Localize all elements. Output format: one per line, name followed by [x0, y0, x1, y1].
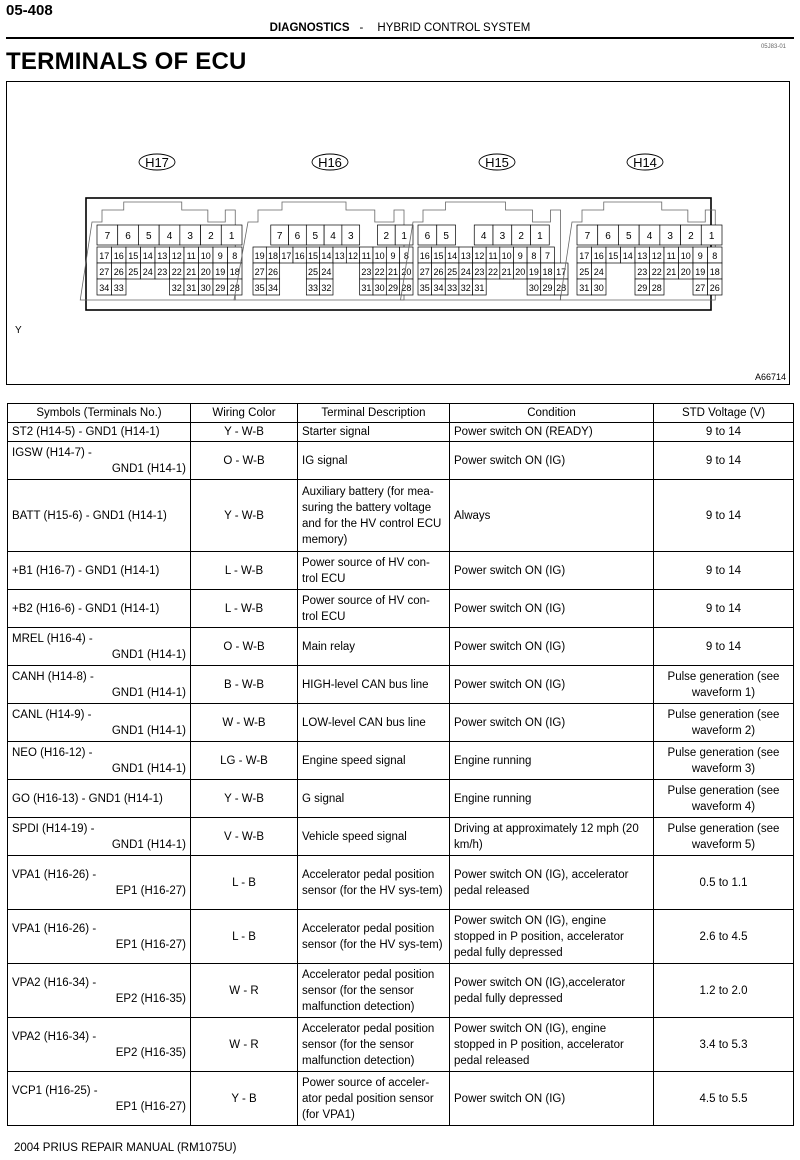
table-row: SPDI (H14-19) -GND1 (H14-1)V - W-BVehicl… — [8, 818, 794, 856]
header-wiring-color: Wiring Color — [191, 404, 298, 423]
cell-symbols: IGSW (H14-7) -GND1 (H14-1) — [8, 442, 191, 480]
svg-text:27: 27 — [420, 267, 430, 277]
symbol-line-2: EP2 (H16-35) — [12, 991, 186, 1007]
cell-std-voltage: Pulse generation (see waveform 1) — [654, 666, 794, 704]
cell-condition: Engine running — [450, 780, 654, 818]
svg-text:23: 23 — [637, 267, 647, 277]
cell-terminal-description: Power source of acceler-ator pedal posit… — [298, 1072, 450, 1126]
svg-text:8: 8 — [712, 251, 717, 261]
svg-text:7: 7 — [277, 231, 283, 242]
cell-condition: Power switch ON (IG) — [450, 628, 654, 666]
cell-std-voltage: 9 to 14 — [654, 628, 794, 666]
svg-text:33: 33 — [114, 283, 124, 293]
cell-terminal-description: Accelerator pedal position sensor (for t… — [298, 856, 450, 910]
svg-text:21: 21 — [502, 267, 512, 277]
svg-text:4: 4 — [330, 231, 336, 242]
svg-text:23: 23 — [474, 267, 484, 277]
svg-text:14: 14 — [623, 251, 633, 261]
figure-code: A66714 — [755, 372, 786, 382]
page-title: TERMINALS OF ECU — [6, 48, 247, 76]
symbol-line-1: MREL (H16-4) - — [12, 633, 93, 645]
svg-text:10: 10 — [201, 251, 211, 261]
cell-symbols: NEO (H16-12) -GND1 (H14-1) — [8, 742, 191, 780]
svg-text:31: 31 — [474, 283, 484, 293]
cell-wiring-color: B - W-B — [191, 666, 298, 704]
cell-std-voltage: 0.5 to 1.1 — [654, 856, 794, 910]
table-row: ST2 (H14-5) - GND1 (H14-1)Y - W-BStarter… — [8, 423, 794, 442]
cell-wiring-color: Y - B — [191, 1072, 298, 1126]
cell-condition: Power switch ON (IG) — [450, 666, 654, 704]
svg-text:20: 20 — [681, 267, 691, 277]
svg-text:18: 18 — [543, 267, 553, 277]
cell-wiring-color: Y - W-B — [191, 480, 298, 552]
svg-text:26: 26 — [268, 267, 278, 277]
svg-text:34: 34 — [99, 283, 109, 293]
svg-text:22: 22 — [172, 267, 182, 277]
svg-text:1: 1 — [401, 231, 407, 242]
header-condition: Condition — [450, 404, 654, 423]
symbol-line-1: ST2 (H14-5) - GND1 (H14-1) — [12, 426, 160, 438]
svg-text:11: 11 — [488, 251, 497, 261]
cell-symbols: CANL (H14-9) -GND1 (H14-1) — [8, 704, 191, 742]
cell-terminal-description: Power source of HV con-trol ECU — [298, 552, 450, 590]
svg-text:H17: H17 — [145, 155, 169, 170]
svg-text:14: 14 — [143, 251, 153, 261]
cell-condition: Engine running — [450, 742, 654, 780]
table-row: CANH (H14-8) -GND1 (H14-1)B - W-BHIGH-le… — [8, 666, 794, 704]
svg-text:32: 32 — [461, 283, 471, 293]
svg-text:H14: H14 — [633, 155, 657, 170]
table-row: VPA2 (H16-34) -EP2 (H16-35)W - RAccelera… — [8, 964, 794, 1018]
svg-text:15: 15 — [308, 251, 318, 261]
svg-text:34: 34 — [433, 283, 443, 293]
cell-condition: Power switch ON (IG) — [450, 552, 654, 590]
header-terminal-description: Terminal Description — [298, 404, 450, 423]
svg-text:33: 33 — [447, 283, 457, 293]
symbol-line-1: VCP1 (H16-25) - — [12, 1085, 98, 1097]
svg-text:15: 15 — [608, 251, 618, 261]
symbol-line-2: GND1 (H14-1) — [12, 723, 186, 739]
cell-symbols: BATT (H15-6) - GND1 (H14-1) — [8, 480, 191, 552]
svg-text:6: 6 — [125, 231, 131, 242]
svg-text:9: 9 — [390, 251, 395, 261]
cell-wiring-color: L - W-B — [191, 590, 298, 628]
cell-wiring-color: L - W-B — [191, 552, 298, 590]
cell-terminal-description: HIGH-level CAN bus line — [298, 666, 450, 704]
cell-terminal-description: Accelerator pedal position sensor (for t… — [298, 1018, 450, 1072]
symbol-line-1: VPA1 (H16-26) - — [12, 923, 96, 935]
svg-text:30: 30 — [594, 283, 604, 293]
cell-condition: Power switch ON (IG),accelerator pedal f… — [450, 964, 654, 1018]
cell-terminal-description: IG signal — [298, 442, 450, 480]
svg-text:H15: H15 — [485, 155, 509, 170]
svg-text:29: 29 — [215, 283, 225, 293]
cell-condition: Always — [450, 480, 654, 552]
svg-text:15: 15 — [433, 251, 443, 261]
table-row: VPA1 (H16-26) -EP1 (H16-27)L - BAccelera… — [8, 910, 794, 964]
svg-text:17: 17 — [99, 251, 109, 261]
svg-text:8: 8 — [531, 251, 536, 261]
svg-text:12: 12 — [348, 251, 358, 261]
symbol-line-1: VPA2 (H16-34) - — [12, 977, 96, 989]
cell-condition: Power switch ON (IG) — [450, 442, 654, 480]
cell-terminal-description: Power source of HV con-trol ECU — [298, 590, 450, 628]
table-row: VCP1 (H16-25) -EP1 (H16-27)Y - BPower so… — [8, 1072, 794, 1126]
svg-text:11: 11 — [187, 251, 196, 261]
symbol-line-1: +B2 (H16-6) - GND1 (H14-1) — [12, 603, 159, 615]
cell-condition: Power switch ON (IG), accelerator pedal … — [450, 856, 654, 910]
cell-symbols: CANH (H14-8) -GND1 (H14-1) — [8, 666, 191, 704]
connector-h14: H147654321171615141312111098252423222120… — [560, 154, 722, 300]
symbol-line-2: GND1 (H14-1) — [12, 837, 186, 853]
svg-text:19: 19 — [255, 251, 265, 261]
svg-text:34: 34 — [268, 283, 278, 293]
cell-condition: Driving at approximately 12 mph (20 km/h… — [450, 818, 654, 856]
symbol-line-2: GND1 (H14-1) — [12, 761, 186, 777]
svg-text:16: 16 — [594, 251, 604, 261]
symbol-line-2: GND1 (H14-1) — [12, 647, 186, 663]
svg-text:20: 20 — [401, 267, 411, 277]
svg-text:27: 27 — [695, 283, 705, 293]
svg-text:4: 4 — [647, 231, 653, 242]
cell-wiring-color: O - W-B — [191, 442, 298, 480]
cell-std-voltage: 9 to 14 — [654, 480, 794, 552]
svg-text:2: 2 — [518, 231, 524, 242]
svg-text:13: 13 — [637, 251, 647, 261]
svg-text:33: 33 — [308, 283, 318, 293]
svg-text:16: 16 — [295, 251, 305, 261]
cell-std-voltage: Pulse generation (see waveform 5) — [654, 818, 794, 856]
cell-condition: Power switch ON (IG), engine stopped in … — [450, 910, 654, 964]
svg-text:17: 17 — [579, 251, 589, 261]
svg-text:29: 29 — [543, 283, 553, 293]
svg-text:31: 31 — [579, 283, 589, 293]
svg-text:20: 20 — [201, 267, 211, 277]
svg-text:25: 25 — [308, 267, 318, 277]
svg-text:26: 26 — [114, 267, 124, 277]
symbol-line-1: VPA2 (H16-34) - — [12, 1031, 96, 1043]
table-row: MREL (H16-4) -GND1 (H14-1)O - W-BMain re… — [8, 628, 794, 666]
svg-text:19: 19 — [695, 267, 705, 277]
cell-std-voltage: Pulse generation (see waveform 3) — [654, 742, 794, 780]
svg-text:18: 18 — [710, 267, 720, 277]
table-header-row: Symbols (Terminals No.) Wiring Color Ter… — [8, 404, 794, 423]
svg-text:26: 26 — [433, 267, 443, 277]
svg-text:18: 18 — [268, 251, 278, 261]
svg-text:5: 5 — [626, 231, 632, 242]
svg-text:5: 5 — [443, 231, 449, 242]
symbol-line-2: GND1 (H14-1) — [12, 461, 186, 477]
svg-text:30: 30 — [201, 283, 211, 293]
svg-text:10: 10 — [375, 251, 385, 261]
svg-text:21: 21 — [186, 267, 196, 277]
cell-std-voltage: Pulse generation (see waveform 2) — [654, 704, 794, 742]
symbol-line-2: EP1 (H16-27) — [12, 1099, 186, 1115]
cell-symbols: +B2 (H16-6) - GND1 (H14-1) — [8, 590, 191, 628]
svg-text:25: 25 — [128, 267, 138, 277]
table-row: +B2 (H16-6) - GND1 (H14-1)L - W-BPower s… — [8, 590, 794, 628]
svg-text:1: 1 — [537, 231, 543, 242]
svg-text:30: 30 — [375, 283, 385, 293]
svg-text:22: 22 — [652, 267, 662, 277]
cell-terminal-description: Accelerator pedal position sensor (for t… — [298, 910, 450, 964]
table-row: VPA2 (H16-34) -EP2 (H16-35)W - RAccelera… — [8, 1018, 794, 1072]
svg-text:H16: H16 — [318, 155, 342, 170]
svg-text:30: 30 — [529, 283, 539, 293]
svg-text:26: 26 — [710, 283, 720, 293]
table-row: VPA1 (H16-26) -EP1 (H16-27)L - BAccelera… — [8, 856, 794, 910]
svg-text:4: 4 — [167, 231, 173, 242]
cell-wiring-color: V - W-B — [191, 818, 298, 856]
svg-text:21: 21 — [388, 267, 398, 277]
svg-text:29: 29 — [637, 283, 647, 293]
svg-text:23: 23 — [157, 267, 167, 277]
symbol-line-2: GND1 (H14-1) — [12, 685, 186, 701]
cell-symbols: VCP1 (H16-25) -EP1 (H16-27) — [8, 1072, 191, 1126]
cell-condition: Power switch ON (IG) — [450, 1072, 654, 1126]
svg-text:24: 24 — [594, 267, 604, 277]
svg-text:19: 19 — [529, 267, 539, 277]
svg-text:12: 12 — [652, 251, 662, 261]
section-header: DIAGNOSTICS-HYBRID CONTROL SYSTEM — [0, 22, 800, 34]
cell-symbols: VPA2 (H16-34) -EP2 (H16-35) — [8, 1018, 191, 1072]
connector-h15: H156543211615141312111098727262524232221… — [401, 154, 569, 300]
svg-text:31: 31 — [361, 283, 371, 293]
svg-text:10: 10 — [502, 251, 512, 261]
cell-terminal-description: Accelerator pedal position sensor (for t… — [298, 964, 450, 1018]
ecu-connector-figure: H177654321171615141312111098272625242322… — [6, 81, 790, 385]
svg-text:9: 9 — [518, 251, 523, 261]
cell-std-voltage: 9 to 14 — [654, 423, 794, 442]
svg-text:6: 6 — [295, 231, 301, 242]
cell-terminal-description: Vehicle speed signal — [298, 818, 450, 856]
svg-text:6: 6 — [605, 231, 611, 242]
cell-symbols: MREL (H16-4) -GND1 (H14-1) — [8, 628, 191, 666]
connector-h17: H177654321171615141312111098272625242322… — [80, 154, 242, 300]
symbol-line-1: +B1 (H16-7) - GND1 (H14-1) — [12, 565, 159, 577]
cell-symbols: ST2 (H14-5) - GND1 (H14-1) — [8, 423, 191, 442]
svg-text:22: 22 — [488, 267, 498, 277]
svg-text:28: 28 — [652, 283, 662, 293]
symbol-line-1: SPDI (H14-19) - — [12, 823, 94, 835]
svg-text:25: 25 — [579, 267, 589, 277]
svg-text:3: 3 — [348, 231, 354, 242]
table-row: GO (H16-13) - GND1 (H14-1)Y - W-BG signa… — [8, 780, 794, 818]
symbol-line-1: IGSW (H14-7) - — [12, 447, 92, 459]
cell-condition: Power switch ON (READY) — [450, 423, 654, 442]
cell-wiring-color: W - W-B — [191, 704, 298, 742]
svg-text:10: 10 — [681, 251, 691, 261]
svg-text:32: 32 — [172, 283, 182, 293]
cell-std-voltage: 2.6 to 4.5 — [654, 910, 794, 964]
document-code: 05J83-01 — [761, 44, 786, 50]
page-footer: 2004 PRIUS REPAIR MANUAL (RM1075U) — [14, 1142, 236, 1154]
svg-text:7: 7 — [585, 231, 591, 242]
cell-std-voltage: 4.5 to 5.5 — [654, 1072, 794, 1126]
svg-text:25: 25 — [447, 267, 457, 277]
svg-text:1: 1 — [709, 231, 715, 242]
cell-wiring-color: Y - W-B — [191, 780, 298, 818]
svg-text:5: 5 — [312, 231, 318, 242]
svg-text:12: 12 — [172, 251, 182, 261]
svg-text:28: 28 — [230, 283, 240, 293]
svg-text:27: 27 — [99, 267, 109, 277]
svg-text:21: 21 — [666, 267, 676, 277]
figure-side-label: Y — [15, 325, 22, 336]
page-number: 05-408 — [6, 2, 53, 19]
cell-std-voltage: 1.2 to 2.0 — [654, 964, 794, 1018]
svg-text:7: 7 — [105, 231, 111, 242]
cell-terminal-description: Auxiliary battery (for mea-suring the ba… — [298, 480, 450, 552]
svg-text:13: 13 — [335, 251, 345, 261]
cell-std-voltage: 3.4 to 5.3 — [654, 1018, 794, 1072]
svg-text:24: 24 — [321, 267, 331, 277]
svg-text:19: 19 — [215, 267, 225, 277]
symbol-line-1: NEO (H16-12) - — [12, 747, 93, 759]
table-row: CANL (H14-9) -GND1 (H14-1)W - W-BLOW-lev… — [8, 704, 794, 742]
section-name: DIAGNOSTICS — [270, 22, 350, 34]
svg-text:2: 2 — [208, 231, 214, 242]
svg-text:3: 3 — [187, 231, 193, 242]
symbol-line-2: EP2 (H16-35) — [12, 1045, 186, 1061]
section-separator: - — [360, 22, 364, 34]
svg-text:2: 2 — [688, 231, 694, 242]
svg-text:13: 13 — [157, 251, 167, 261]
svg-text:24: 24 — [143, 267, 153, 277]
cell-std-voltage: 9 to 14 — [654, 590, 794, 628]
header-symbols: Symbols (Terminals No.) — [8, 404, 191, 423]
cell-symbols: VPA1 (H16-26) -EP1 (H16-27) — [8, 910, 191, 964]
svg-text:32: 32 — [321, 283, 331, 293]
cell-wiring-color: L - B — [191, 856, 298, 910]
table-row: IGSW (H14-7) -GND1 (H14-1)O - W-BIG sign… — [8, 442, 794, 480]
cell-wiring-color: W - R — [191, 1018, 298, 1072]
svg-text:7: 7 — [545, 251, 550, 261]
cell-terminal-description: LOW-level CAN bus line — [298, 704, 450, 742]
table-row: +B1 (H16-7) - GND1 (H14-1)L - W-BPower s… — [8, 552, 794, 590]
cell-terminal-description: Main relay — [298, 628, 450, 666]
svg-text:27: 27 — [255, 267, 265, 277]
svg-text:11: 11 — [667, 251, 676, 261]
symbol-line-1: BATT (H15-6) - GND1 (H14-1) — [12, 510, 167, 522]
table-row: NEO (H16-12) -GND1 (H14-1)LG - W-BEngine… — [8, 742, 794, 780]
svg-text:16: 16 — [114, 251, 124, 261]
svg-text:35: 35 — [420, 283, 430, 293]
symbol-line-1: CANL (H14-9) - — [12, 709, 91, 721]
svg-text:14: 14 — [447, 251, 457, 261]
svg-text:3: 3 — [500, 231, 506, 242]
cell-terminal-description: Engine speed signal — [298, 742, 450, 780]
cell-condition: Power switch ON (IG) — [450, 704, 654, 742]
symbol-line-2: EP1 (H16-27) — [12, 937, 186, 953]
svg-text:15: 15 — [128, 251, 138, 261]
header-rule — [6, 37, 794, 39]
svg-text:2: 2 — [384, 231, 390, 242]
connector-h16: H167654321191817161514131211109827262524… — [234, 154, 413, 300]
cell-std-voltage: Pulse generation (see waveform 4) — [654, 780, 794, 818]
symbol-line-1: GO (H16-13) - GND1 (H14-1) — [12, 793, 163, 805]
svg-text:9: 9 — [218, 251, 223, 261]
svg-text:24: 24 — [461, 267, 471, 277]
cell-wiring-color: Y - W-B — [191, 423, 298, 442]
svg-text:8: 8 — [232, 251, 237, 261]
symbol-line-1: CANH (H14-8) - — [12, 671, 94, 683]
cell-condition: Power switch ON (IG), engine stopped in … — [450, 1018, 654, 1072]
ecu-terminals-table: Symbols (Terminals No.) Wiring Color Ter… — [7, 403, 794, 1126]
table-row: BATT (H15-6) - GND1 (H14-1)Y - W-BAuxili… — [8, 480, 794, 552]
cell-symbols: VPA1 (H16-26) -EP1 (H16-27) — [8, 856, 191, 910]
svg-text:23: 23 — [361, 267, 371, 277]
cell-terminal-description: Starter signal — [298, 423, 450, 442]
svg-text:13: 13 — [461, 251, 471, 261]
cell-wiring-color: LG - W-B — [191, 742, 298, 780]
svg-text:6: 6 — [425, 231, 431, 242]
svg-text:35: 35 — [255, 283, 265, 293]
cell-std-voltage: 9 to 14 — [654, 442, 794, 480]
cell-wiring-color: L - B — [191, 910, 298, 964]
svg-text:1: 1 — [229, 231, 235, 242]
svg-text:17: 17 — [281, 251, 291, 261]
svg-text:4: 4 — [481, 231, 487, 242]
header-std-voltage: STD Voltage (V) — [654, 404, 794, 423]
cell-symbols: SPDI (H14-19) -GND1 (H14-1) — [8, 818, 191, 856]
cell-symbols: +B1 (H16-7) - GND1 (H14-1) — [8, 552, 191, 590]
cell-wiring-color: W - R — [191, 964, 298, 1018]
svg-text:16: 16 — [420, 251, 430, 261]
svg-text:11: 11 — [362, 251, 371, 261]
svg-text:14: 14 — [321, 251, 331, 261]
cell-symbols: GO (H16-13) - GND1 (H14-1) — [8, 780, 191, 818]
svg-text:31: 31 — [186, 283, 196, 293]
cell-terminal-description: G signal — [298, 780, 450, 818]
cell-symbols: VPA2 (H16-34) -EP2 (H16-35) — [8, 964, 191, 1018]
svg-text:29: 29 — [388, 283, 398, 293]
svg-text:12: 12 — [474, 251, 484, 261]
svg-text:3: 3 — [667, 231, 673, 242]
subsection-name: HYBRID CONTROL SYSTEM — [377, 22, 530, 34]
svg-text:9: 9 — [698, 251, 703, 261]
symbol-line-2: EP1 (H16-27) — [12, 883, 186, 899]
svg-text:20: 20 — [515, 267, 525, 277]
cell-wiring-color: O - W-B — [191, 628, 298, 666]
connector-diagram: H177654321171615141312111098272625242322… — [7, 82, 789, 384]
cell-condition: Power switch ON (IG) — [450, 590, 654, 628]
svg-text:22: 22 — [375, 267, 385, 277]
symbol-line-1: VPA1 (H16-26) - — [12, 869, 96, 881]
cell-std-voltage: 9 to 14 — [654, 552, 794, 590]
svg-text:5: 5 — [146, 231, 152, 242]
